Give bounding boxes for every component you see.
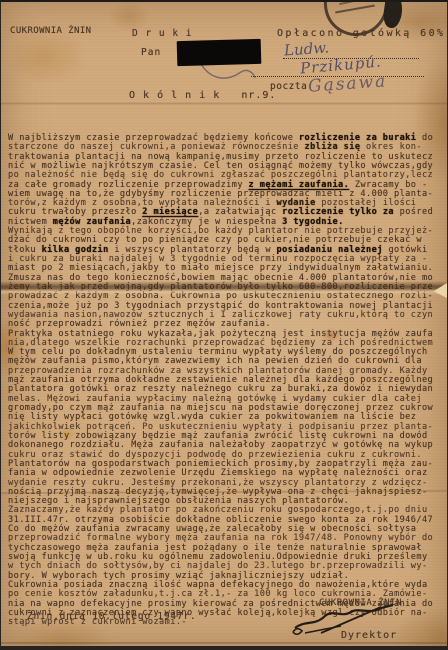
body-line: po należność nie będą się do cukrowni zg… bbox=[8, 171, 446, 180]
letter-paper: CUKROWNIA ŻNIN D r u k i Opłacono gotówk… bbox=[1, 2, 447, 646]
addressee-label: Pan bbox=[141, 47, 161, 58]
body-line: wydawania nasion,nawozów sztucznych i I … bbox=[8, 311, 446, 320]
body-line: torów,z każdym z osobna,to wypłata należ… bbox=[8, 199, 446, 208]
body-line: w tych dniach do sołtysów,by ci najdalej… bbox=[8, 562, 446, 571]
body-line: przeprowadzenia rozrachunków za wszystki… bbox=[8, 367, 446, 376]
body-line: i cukru za buraki najdalej w 3 tygodnie … bbox=[8, 255, 446, 264]
paid-cash-note: Opłacono gotówką 60% bbox=[277, 28, 445, 39]
body-line: nia,dlatego wszelkie rozrachunki przepro… bbox=[8, 339, 446, 348]
letter-body: W najbliższym czasie przeprowadzać będzi… bbox=[8, 106, 446, 628]
body-line: melas. Mężowi zaufania wypłacimy należną… bbox=[8, 395, 446, 404]
handwritten-post-town: Gąsawa bbox=[307, 71, 387, 96]
body-line: Zaznaczamy,że każdy plantator po zakończ… bbox=[8, 506, 446, 515]
redaction-box bbox=[177, 39, 262, 66]
director-signature bbox=[291, 602, 399, 638]
circular-title: O k ó l n i k nr.9. bbox=[129, 90, 276, 101]
ink-smudge bbox=[382, 2, 405, 29]
body-line: przeprowadzić formalne wybory męża zaufa… bbox=[8, 534, 446, 543]
body-line: cukru oraz stawić do dyspozycji podwodę … bbox=[8, 451, 446, 460]
body-line: jakichkolwiek potrąceń. Po uskutecznieni… bbox=[8, 423, 446, 432]
body-line: wydanie reszty cukru. Jesteśmy przekonan… bbox=[8, 479, 446, 488]
scanned-letter-photo: CUKROWNIA ŻNIN D r u k i Opłacono gotówk… bbox=[0, 0, 448, 650]
fold-crease-top bbox=[1, 102, 447, 105]
druki-label: D r u k i bbox=[132, 28, 192, 39]
body-line: starczone do naszej cukrowni,a ponieważ … bbox=[8, 143, 446, 152]
body-line: Wynikają z tego obopólne korzyści,bo każ… bbox=[8, 227, 446, 236]
letterhead-company: CUKROWNIA ŻNIN bbox=[10, 26, 91, 36]
body-line: żemy tak jak przed wojną,gdy plantatorów… bbox=[8, 283, 446, 292]
handwritten-first-name: Ludw. bbox=[283, 38, 329, 59]
fold-crease-bottom bbox=[1, 642, 447, 644]
